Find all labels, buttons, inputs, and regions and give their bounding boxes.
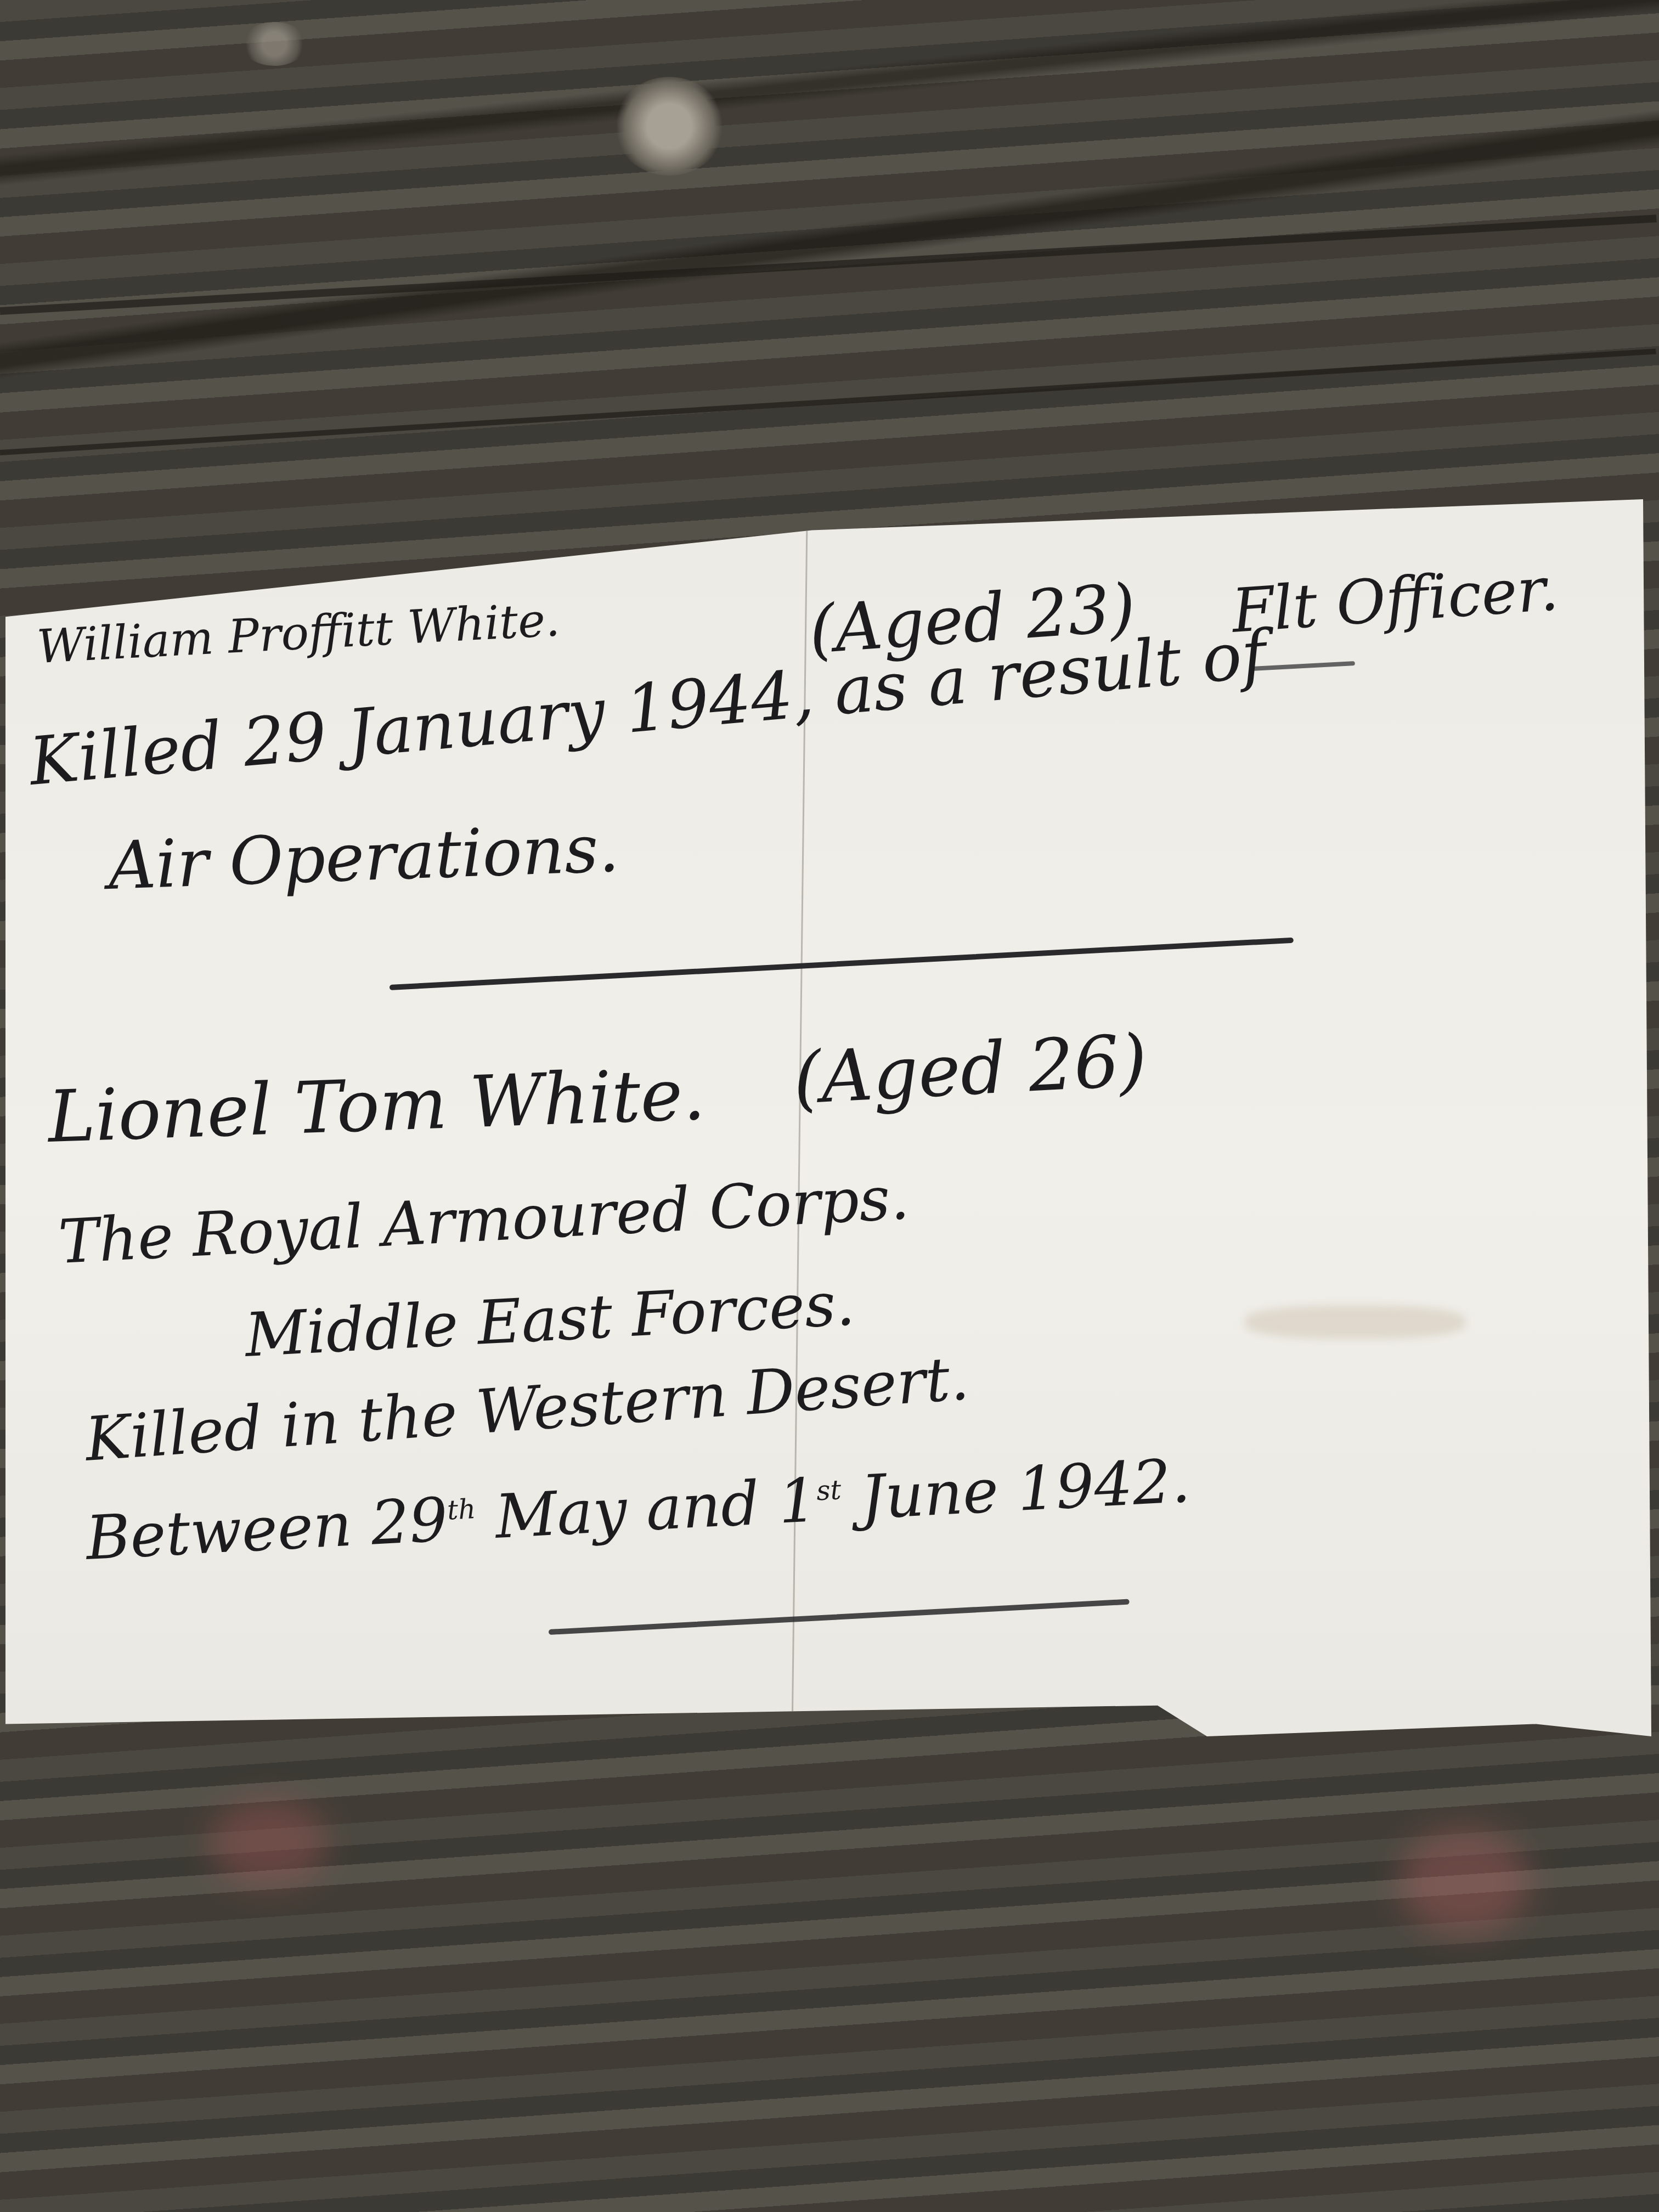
light-reflection: [208, 1799, 329, 1887]
wood-board-seam-upper: [0, 215, 1657, 315]
wood-knot-small: [241, 22, 307, 66]
date-ordinal-1: th: [447, 1493, 477, 1526]
wood-board-seam-lower: [0, 348, 1656, 455]
light-reflection: [1399, 1827, 1531, 1937]
date-ordinal-2: st: [816, 1474, 842, 1506]
paper-stain: [1245, 1306, 1465, 1339]
wood-knot: [614, 77, 724, 176]
